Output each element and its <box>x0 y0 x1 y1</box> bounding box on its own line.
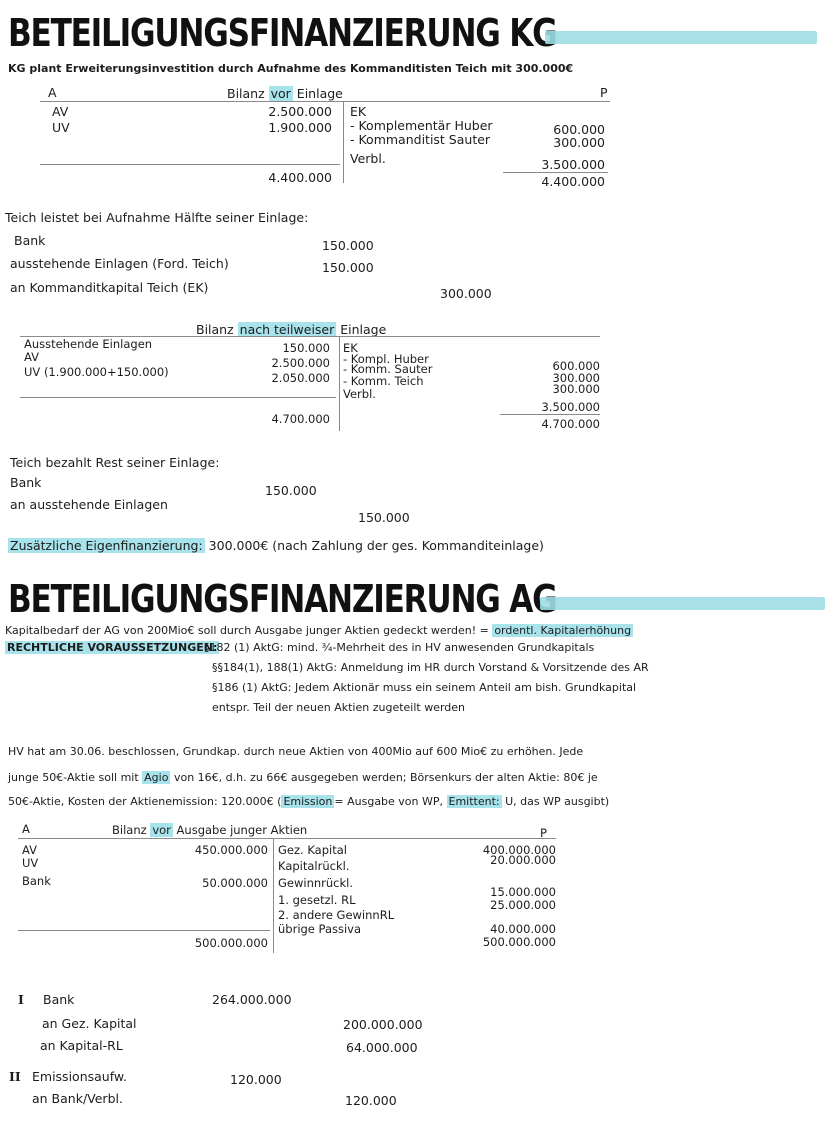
teil-einlage-heading: Teich leistet bei Aufnahme Hälfte seiner… <box>5 210 308 225</box>
rest-einlage-heading: Teich bezahlt Rest seiner Einlage: <box>10 455 219 470</box>
passiva-label: Gez. Kapital <box>278 843 347 857</box>
bilanz-title: Bilanz vor Ausgabe junger Aktien <box>112 823 307 837</box>
zusatz-label: Zusätzliche Eigenfinanzierung: <box>8 538 205 553</box>
aktiva-value: 2.050.000 <box>230 371 330 385</box>
sum-aktiva: 4.400.000 <box>230 170 332 185</box>
booking-label: an ausstehende Einlagen <box>10 497 168 512</box>
booking-label: an Kommanditkapital Teich (EK) <box>10 280 208 295</box>
booking-credit: 64.000.000 <box>346 1040 418 1055</box>
aktiva-value: 2.500.000 <box>230 104 332 119</box>
booking-debit: 150.000 <box>322 238 374 253</box>
divider <box>40 101 610 102</box>
highlighter-stroke <box>540 597 825 610</box>
booking-credit: 200.000.000 <box>343 1017 423 1032</box>
passiva-label: Gewinnrückl. <box>278 876 353 890</box>
sum-aktiva: 4.700.000 <box>230 412 330 426</box>
passiva-value: 40.000.000 <box>448 922 556 936</box>
booking-debit: 150.000 <box>265 483 317 498</box>
passiva-label: 2. andere GewinnRL <box>278 908 394 922</box>
hv-highlight: Emission <box>281 795 334 808</box>
booking-label: Bank <box>14 233 45 248</box>
aktiva-label: AV <box>24 350 39 364</box>
aktiva-value: 450.000.000 <box>160 843 268 857</box>
passiva-label: - Komm. Teich <box>343 374 423 388</box>
hv-text: von 16€, d.h. zu 66€ ausgegeben werden; … <box>170 771 597 784</box>
hv-text: junge 50€-Aktie soll mit <box>8 771 142 784</box>
legal-line: §182 (1) AktG: mind. ¾-Mehrheit des in H… <box>204 641 594 654</box>
hv-line: 50€-Aktie, Kosten der Aktienemission: 12… <box>8 795 609 808</box>
rechtlich-heading: RECHTLICHE VORAUSSETZUNGEN: <box>5 641 219 654</box>
booking-label: ausstehende Einlagen (Ford. Teich) <box>10 256 229 271</box>
passiva-label: übrige Passiva <box>278 922 361 936</box>
booking-debit: 150.000 <box>322 260 374 275</box>
aktiva-header: A <box>22 822 30 836</box>
aktiva-value: 2.500.000 <box>230 356 330 370</box>
hv-line: junge 50€-Aktie soll mit Agio von 16€, d… <box>8 771 598 784</box>
sum-passiva: 4.400.000 <box>500 174 605 189</box>
booking-label: an Kapital-RL <box>40 1038 123 1053</box>
passiva-value: 3.500.000 <box>500 157 605 172</box>
title-text: Bilanz <box>196 322 238 337</box>
aktiva-label: UV <box>22 856 38 870</box>
ag-intro: Kapitalbedarf der AG von 200Mio€ soll du… <box>5 624 633 637</box>
aktiva-label: UV <box>52 120 70 135</box>
sum-divider <box>503 172 608 173</box>
aktiva-value: 1.900.000 <box>230 120 332 135</box>
passiva-value: 15.000.000 <box>448 885 556 899</box>
booking-debit: 264.000.000 <box>212 992 292 1007</box>
booking-credit: 300.000 <box>440 286 492 301</box>
passiva-label: - Komplementär Huber <box>350 118 493 133</box>
zusatz-line: Zusätzliche Eigenfinanzierung: 300.000€ … <box>8 538 544 553</box>
booking-label: an Gez. Kapital <box>42 1016 137 1031</box>
sum-passiva: 500.000.000 <box>448 935 556 949</box>
title-highlight: nach teilweiser <box>238 322 337 337</box>
zusatz-text: 300.000€ (nach Zahlung der ges. Kommandi… <box>205 538 544 553</box>
aktiva-label: AV <box>52 104 68 119</box>
passiva-value: 3.500.000 <box>500 400 600 414</box>
bilanz-title: Bilanz vor Einlage <box>227 86 343 101</box>
aktiva-value: 50.000.000 <box>160 876 268 890</box>
passiva-value: 25.000.000 <box>448 898 556 912</box>
aktiva-value: 150.000 <box>230 341 330 355</box>
legal-line: entspr. Teil der neuen Aktien zugeteilt … <box>212 701 465 714</box>
sum-passiva: 4.700.000 <box>500 417 600 431</box>
hv-text: U, das WP ausgibt) <box>502 795 610 808</box>
passiva-label: EK <box>350 104 366 119</box>
title-text: Bilanz <box>112 823 150 837</box>
passiva-value: 300.000 <box>500 382 600 396</box>
title-highlight: vor <box>269 86 293 101</box>
ag-title: BETEILIGUNGSFINANZIERUNG AG <box>8 580 557 618</box>
booking-credit: 150.000 <box>358 510 410 525</box>
booking-label: an Bank/Verbl. <box>32 1091 123 1106</box>
sum-aktiva: 500.000.000 <box>160 936 268 950</box>
kg-intro: KG plant Erweiterungsinvestition durch A… <box>8 62 573 75</box>
title-text: Einlage <box>293 86 343 101</box>
sum-divider <box>500 414 600 415</box>
highlighter-stroke <box>545 31 817 44</box>
legal-line: §§184(1), 188(1) AktG: Anmeldung im HR d… <box>212 661 649 674</box>
hv-text: 50€-Aktie, Kosten der Aktienemission: 12… <box>8 795 281 808</box>
passiva-label: Kapitalrückl. <box>278 859 349 873</box>
booking-label: Emissionsaufw. <box>32 1069 127 1084</box>
bilanz-title: Bilanz nach teilweiser Einlage <box>196 322 386 337</box>
aktiva-label: Bank <box>22 874 51 888</box>
passiva-value: 300.000 <box>500 135 605 150</box>
sum-divider <box>20 397 336 398</box>
divider <box>273 838 274 953</box>
aktiva-label: AV <box>22 843 37 857</box>
intro-text: Kapitalbedarf der AG von 200Mio€ soll du… <box>5 624 492 637</box>
sum-divider <box>18 930 270 931</box>
passiva-label: Verbl. <box>343 387 376 401</box>
passiva-value: 20.000.000 <box>448 853 556 867</box>
sum-divider <box>40 164 340 165</box>
aktiva-label: Ausstehende Einlagen <box>24 337 152 351</box>
title-text: Ausgabe junger Aktien <box>173 823 307 837</box>
hv-line: HV hat am 30.06. beschlossen, Grundkap. … <box>8 745 583 758</box>
booking-numeral: II <box>9 1069 21 1084</box>
legal-line: §186 (1) AktG: Jedem Aktionär muss ein s… <box>212 681 636 694</box>
hv-text: = Ausgabe von WP, <box>334 795 446 808</box>
kg-title: BETEILIGUNGSFINANZIERUNG KG <box>8 14 557 52</box>
booking-label: Bank <box>43 992 74 1007</box>
booking-label: Bank <box>10 475 41 490</box>
booking-credit: 120.000 <box>345 1093 397 1108</box>
divider <box>339 336 340 431</box>
rechtlich-label: RECHTLICHE VORAUSSETZUNGEN: <box>5 641 219 654</box>
title-text: Einlage <box>336 322 386 337</box>
aktiva-label: UV (1.900.000+150.000) <box>24 365 169 379</box>
title-highlight: vor <box>150 823 173 837</box>
intro-highlight: ordentl. Kapitalerhöhung <box>492 624 633 637</box>
passiva-header: P <box>600 85 608 100</box>
divider <box>343 101 344 183</box>
passiva-label: Verbl. <box>350 151 386 166</box>
passiva-label: 1. gesetzl. RL <box>278 893 356 907</box>
aktiva-header: A <box>48 85 57 100</box>
divider <box>18 838 556 839</box>
title-text: Bilanz <box>227 86 269 101</box>
hv-highlight: Emittent: <box>447 795 502 808</box>
hv-highlight: Agio <box>142 771 170 784</box>
booking-debit: 120.000 <box>230 1072 282 1087</box>
passiva-label: - Kommanditist Sauter <box>350 132 490 147</box>
booking-numeral: I <box>18 992 24 1007</box>
